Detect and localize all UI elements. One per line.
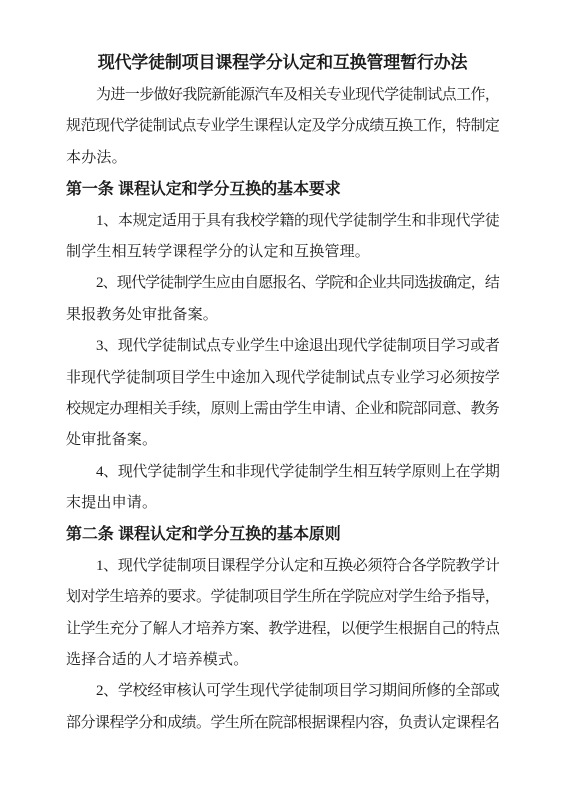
document-line: 第二条 课程认定和学分互换的基本原则 — [66, 519, 499, 550]
document-line: 1、本规定适用于具有我校学籍的现代学徒制学生和非现代学徒 — [66, 206, 499, 237]
paragraph: 3、现代学徒制试点专业学生中途退出现代学徒制项目学习或者非现代学徒制项目学生中途… — [66, 331, 499, 457]
document-body: 为进一步做好我院新能源汽车及相关专业现代学徒制试点工作，规范现代学徒制试点专业学… — [66, 80, 499, 739]
section-heading: 第二条 课程认定和学分互换的基本原则 — [66, 519, 499, 550]
document-line: 部分课程学分和成绩。学生所在院部根据课程内容，负责认定课程名 — [66, 708, 499, 739]
document-line: 2、现代学徒制学生应由自愿报名、学院和企业共同选拔确定，结 — [66, 268, 499, 299]
paragraph: 1、现代学徒制项目课程学分认定和互换必须符合各学院教学计划对学生培养的要求。学徒… — [66, 551, 499, 677]
document-line: 校规定办理相关手续，原则上需由学生申请、企业和院部同意、教务 — [66, 394, 499, 425]
document-line: 让学生充分了解人才培养方案、教学进程，以便学生根据自己的特点 — [66, 614, 499, 645]
paragraph: 4、现代学徒制学生和非现代学徒制学生相互转学原则上在学期末提出申请。 — [66, 457, 499, 520]
document-line: 为进一步做好我院新能源汽车及相关专业现代学徒制试点工作， — [66, 80, 499, 111]
document-line: 制学生相互转学课程学分的认定和互换管理。 — [66, 237, 499, 268]
section-heading: 第一条 课程认定和学分互换的基本要求 — [66, 174, 499, 205]
document-line: 处审批备案。 — [66, 425, 499, 456]
paragraph: 2、学校经审核认可学生现代学徒制项目学习期间所修的全部或部分课程学分和成绩。学生… — [66, 676, 499, 739]
document-line: 非现代学徒制项目学生中途加入现代学徒制试点专业学习必须按学 — [66, 363, 499, 394]
document-line: 2、学校经审核认可学生现代学徒制项目学习期间所修的全部或 — [66, 676, 499, 707]
document-line: 3、现代学徒制试点专业学生中途退出现代学徒制项目学习或者 — [66, 331, 499, 362]
paragraph: 为进一步做好我院新能源汽车及相关专业现代学徒制试点工作，规范现代学徒制试点专业学… — [66, 80, 499, 174]
document-line: 1、现代学徒制项目课程学分认定和互换必须符合各学院教学计 — [66, 551, 499, 582]
document-line: 果报教务处审批备案。 — [66, 300, 499, 331]
document-line: 划对学生培养的要求。学徒制项目学生所在学院应对学生给予指导， — [66, 582, 499, 613]
document-page: 现代学徒制项目课程学分认定和互换管理暂行办法 为进一步做好我院新能源汽车及相关专… — [0, 0, 565, 803]
paragraph: 2、现代学徒制学生应由自愿报名、学院和企业共同选拔确定，结果报教务处审批备案。 — [66, 268, 499, 331]
document-line: 4、现代学徒制学生和非现代学徒制学生相互转学原则上在学期 — [66, 457, 499, 488]
document-title: 现代学徒制项目课程学分认定和互换管理暂行办法 — [66, 46, 499, 80]
document-line: 末提出申请。 — [66, 488, 499, 519]
document-line: 第一条 课程认定和学分互换的基本要求 — [66, 174, 499, 205]
paragraph: 1、本规定适用于具有我校学籍的现代学徒制学生和非现代学徒制学生相互转学课程学分的… — [66, 206, 499, 269]
document-line: 规范现代学徒制试点专业学生课程认定及学分成绩互换工作，特制定 — [66, 111, 499, 142]
document-line: 本办法。 — [66, 143, 499, 174]
document-line: 选择合适的人才培养模式。 — [66, 645, 499, 676]
